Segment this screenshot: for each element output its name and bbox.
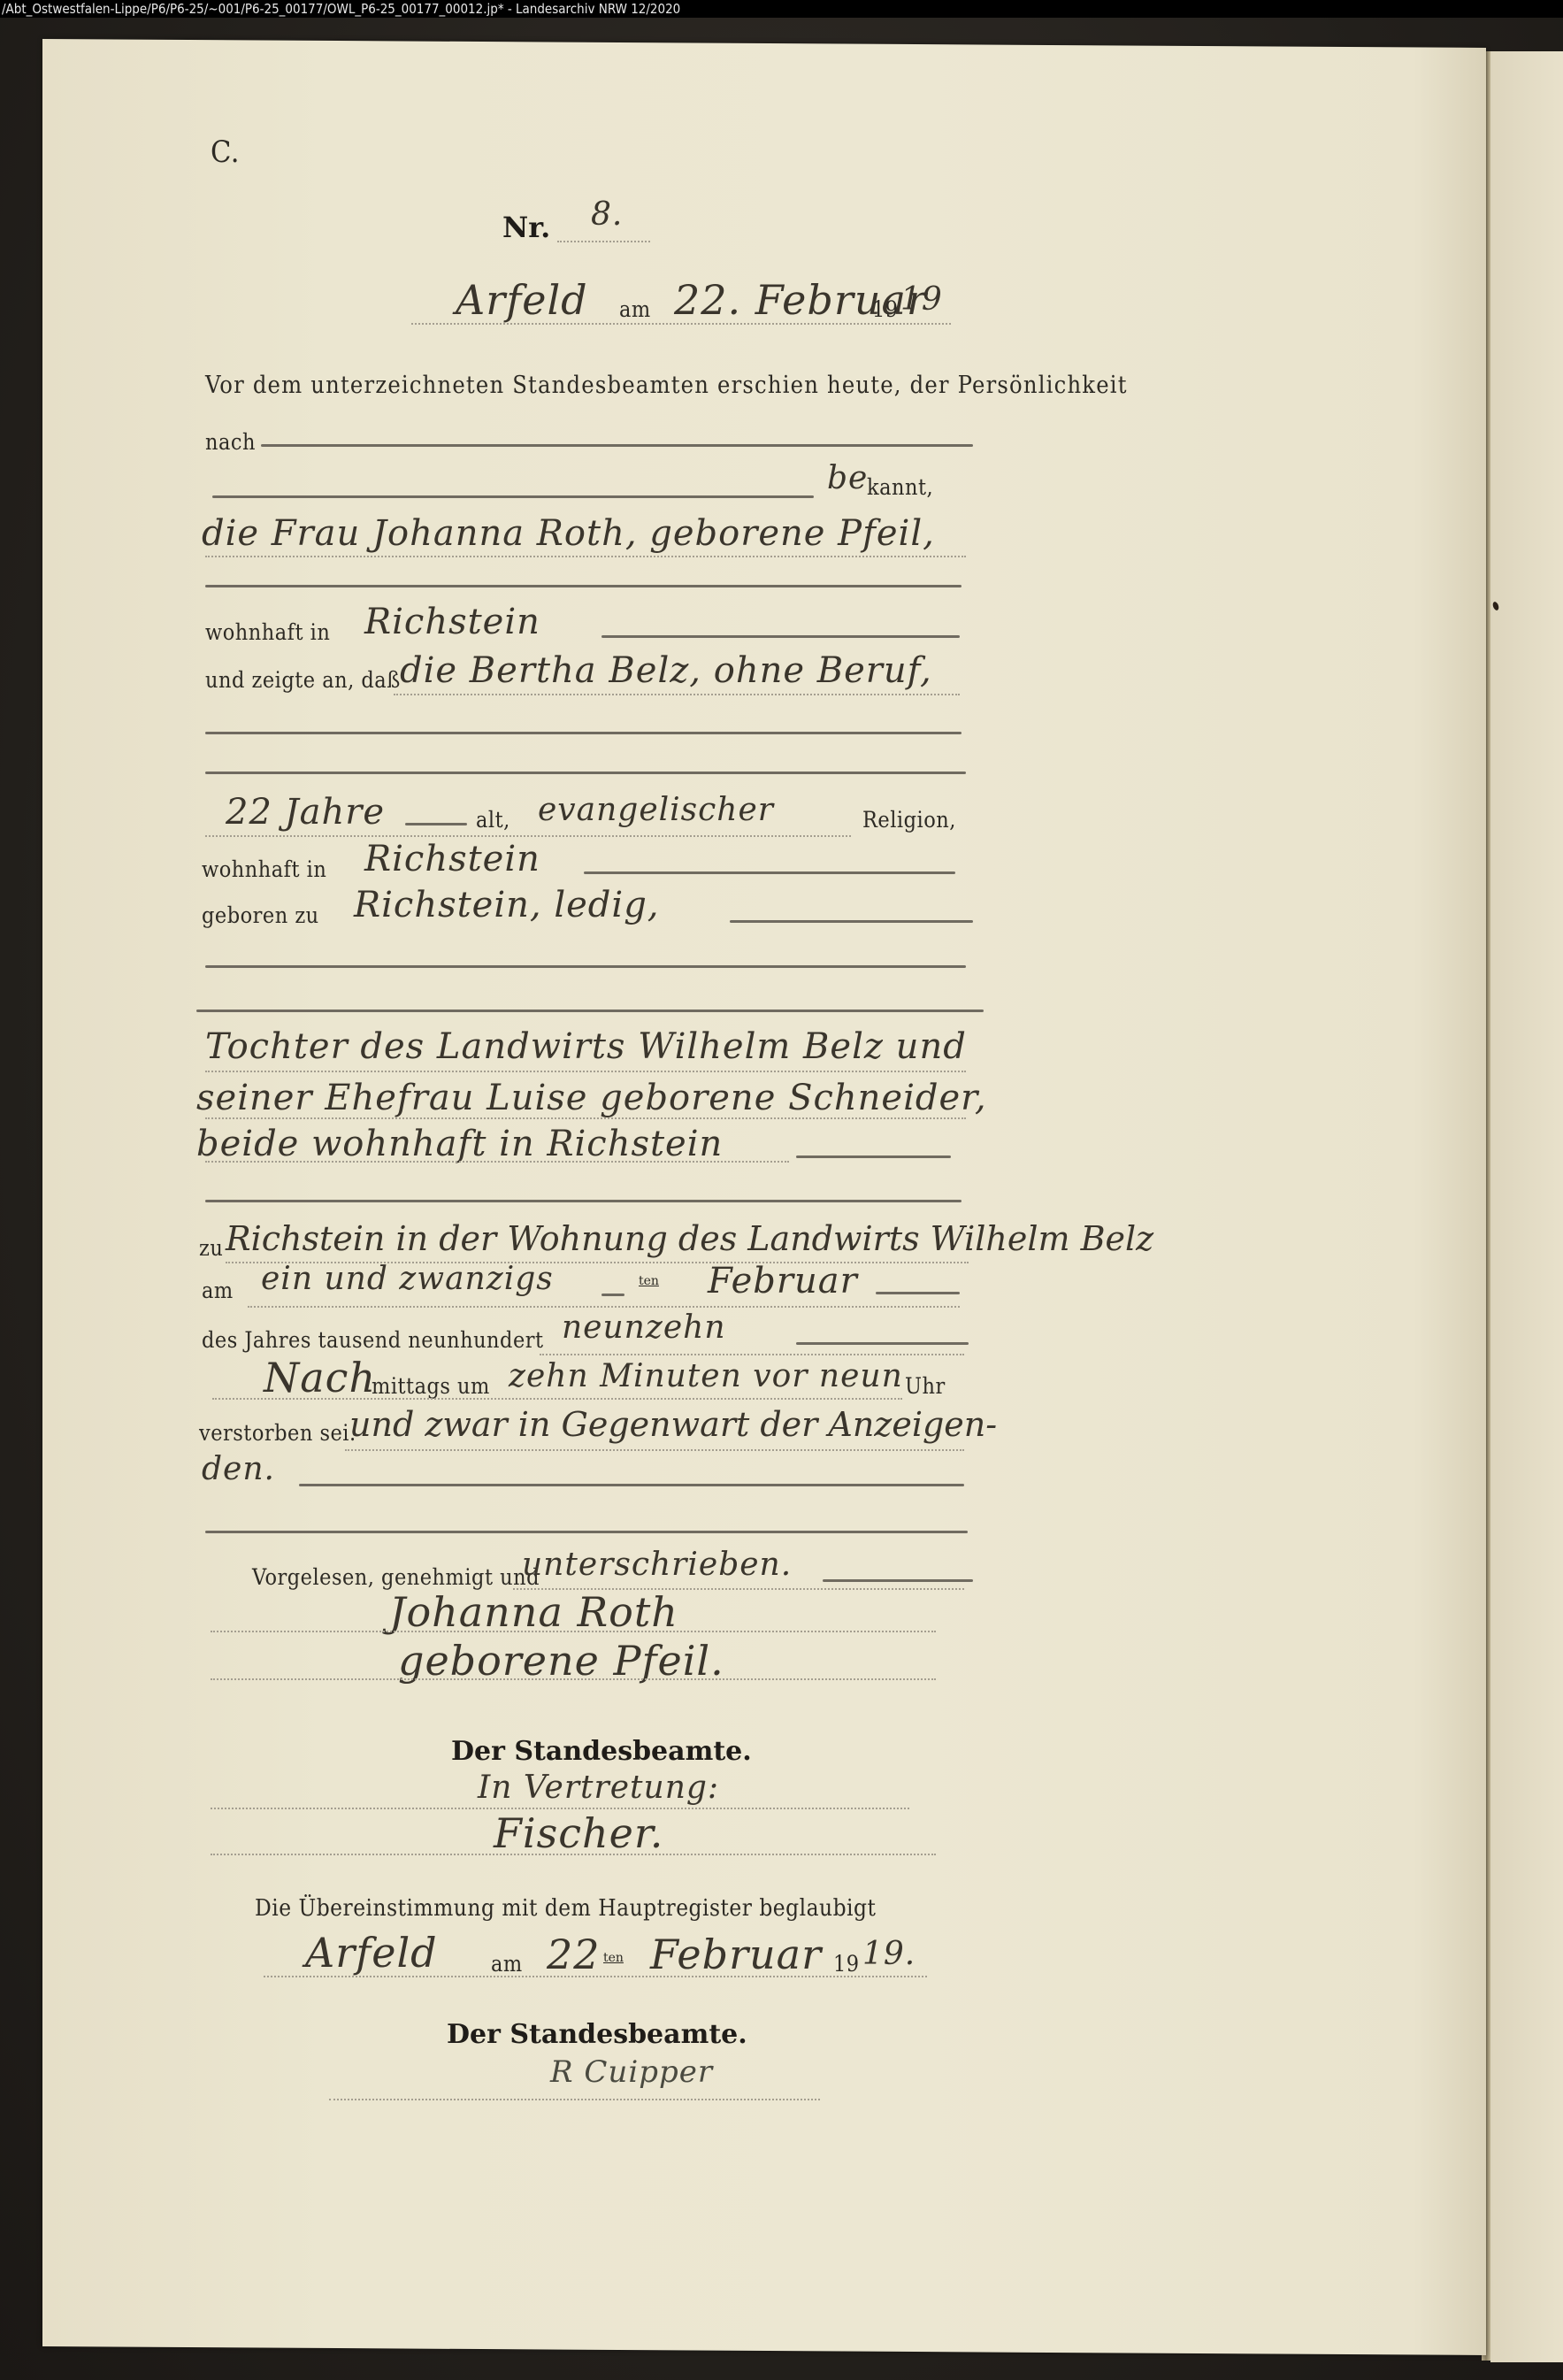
death-month-value: Februar	[708, 1261, 858, 1301]
cert-signature: R Cuipper	[550, 2054, 713, 2090]
death-year-value: neunzehn	[562, 1309, 726, 1346]
intro-text: Vor dem unterzeichneten Standesbeamten e…	[205, 372, 1128, 399]
blank-rule	[601, 635, 960, 638]
blank-rule	[796, 1155, 951, 1158]
blank-rule	[823, 1579, 973, 1582]
deceased-residence-value: Richstein	[364, 839, 540, 879]
cert-heading: Der Standesbeamte.	[447, 2019, 747, 2050]
bekannt-print: kannt,	[867, 474, 933, 500]
deceased-field-line	[394, 694, 960, 695]
time-prefix-value: Nach	[264, 1354, 376, 1401]
jahres-label: des Jahres tausend neunhundert	[202, 1327, 544, 1353]
blank-rule	[876, 1292, 960, 1294]
informant-value: die Frau Johanna Roth, geborene Pfeil,	[202, 513, 935, 554]
number-label: Nr.	[502, 211, 550, 244]
blank-rule	[730, 920, 973, 923]
cert-year-prefix: 19	[833, 1951, 860, 1977]
parents-line-3: beide wohnhaft in Richstein	[196, 1124, 723, 1164]
blank-rule	[205, 965, 966, 968]
blank-rule	[196, 1010, 984, 1012]
year-prefix: 19	[872, 296, 899, 322]
alt-label: alt,	[476, 807, 510, 833]
window-title: /Abt_Ostwestfalen-Lippe/P6/P6-25/~001/P6…	[2, 1, 680, 17]
parents-field-line	[205, 1117, 966, 1119]
window-title-bar: /Abt_Ostwestfalen-Lippe/P6/P6-25/~001/P6…	[0, 0, 1563, 18]
parents-field-line	[205, 1071, 966, 1072]
born-value: Richstein, ledig,	[354, 885, 660, 925]
blank-rule	[261, 444, 973, 447]
zeigte-label: und zeigte an, daß	[205, 667, 401, 693]
cert-year-suffix: 19.	[862, 1936, 916, 1972]
registrar-signature: Fischer.	[494, 1809, 663, 1857]
cert-ten-superscript: ten	[603, 1951, 624, 1965]
blank-rule	[796, 1342, 969, 1345]
am-label: am	[619, 296, 651, 322]
informant-residence-label: wohnhaft in	[205, 619, 330, 645]
blank-rule	[584, 871, 955, 874]
blank-rule	[205, 732, 962, 734]
vorgelesen-value: unterschrieben.	[522, 1547, 792, 1583]
am-death-label: am	[202, 1278, 234, 1303]
mittags-label: mittags um	[372, 1373, 490, 1399]
parents-line-1: Tochter des Landwirts Wilhelm Belz und	[205, 1026, 967, 1067]
born-label: geboren zu	[202, 902, 319, 928]
cert-signature-line	[329, 2099, 820, 2100]
registrar-heading: Der Standesbeamte.	[451, 1736, 752, 1767]
blank-rule	[205, 585, 962, 587]
nach-label: nach	[205, 429, 256, 455]
religion-label: Religion,	[862, 807, 956, 833]
death-date-line	[248, 1306, 960, 1308]
verstorben-label: verstorben sei.	[199, 1420, 356, 1446]
registrar-note: In Vertretung:	[478, 1770, 719, 1806]
blank-rule	[205, 772, 966, 774]
year-suffix: 19	[900, 281, 943, 318]
zu-label: zu	[199, 1235, 223, 1261]
death-year-line	[540, 1354, 964, 1355]
cert-place-value: Arfeld	[305, 1929, 438, 1977]
presence-field-line	[345, 1449, 964, 1451]
blank-rule	[212, 495, 814, 498]
blank-rule	[601, 1294, 624, 1296]
cert-day-value: 22	[547, 1931, 601, 1978]
place-value: Arfeld	[456, 276, 588, 324]
ten-superscript: ten	[639, 1274, 659, 1288]
presence-line-2: den.	[202, 1451, 275, 1487]
cert-month-value: Februar	[650, 1931, 822, 1978]
informant-residence-value: Richstein	[364, 602, 540, 642]
presence-line-1: und zwar in Gegenwart der Anzeigen-	[349, 1405, 997, 1444]
uhr-label: Uhr	[905, 1373, 946, 1399]
blank-rule	[299, 1484, 964, 1486]
parents-field-line	[205, 1161, 789, 1163]
certification-text: Die Übereinstimmung mit dem Hauptregiste…	[255, 1895, 876, 1922]
time-value: zehn Minuten vor neun	[509, 1358, 903, 1394]
form-letter: C.	[211, 134, 240, 170]
informant-signature-line-2: geborene Pfeil.	[398, 1637, 724, 1685]
bekannt-hand: be	[827, 460, 868, 496]
informant-signature-line-1: Johanna Roth	[389, 1588, 678, 1636]
age-value: 22 Jahre	[226, 792, 385, 833]
vorgelesen-label: Vorgelesen, genehmigt und	[252, 1564, 540, 1590]
blank-rule	[205, 1531, 968, 1533]
deceased-value: die Bertha Belz, ohne Beruf,	[400, 650, 932, 691]
religion-value: evangelischer	[538, 792, 774, 828]
age-field-line	[205, 835, 851, 837]
death-day-value: ein und zwanzigs	[261, 1261, 554, 1297]
number-field-line	[557, 241, 650, 242]
deceased-residence-label: wohnhaft in	[202, 856, 326, 882]
blank-rule	[405, 823, 467, 825]
registrar-line	[211, 1854, 936, 1855]
time-line	[212, 1398, 902, 1400]
signature-line	[211, 1678, 936, 1680]
place-of-death-value: Richstein in der Wohnung des Landwirts W…	[226, 1219, 1153, 1258]
parents-line-2: seiner Ehefrau Luise geborene Schneider,	[196, 1078, 987, 1118]
informant-field-line	[205, 556, 966, 557]
blank-rule	[205, 1200, 962, 1202]
cert-am-label: am	[491, 1951, 523, 1977]
number-value: 8.	[591, 196, 623, 233]
signature-line	[211, 1631, 936, 1632]
next-page-edge	[1490, 51, 1563, 2362]
